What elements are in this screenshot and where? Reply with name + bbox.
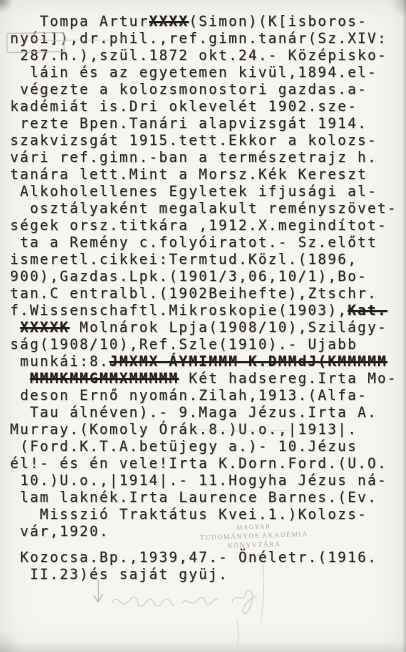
pencil-handwriting (112, 591, 256, 614)
pencil-underline-name-2 (84, 39, 126, 41)
pencil-underline-title (196, 429, 292, 431)
pencil-stray-line (261, 564, 264, 622)
pencil-underline-name (31, 39, 77, 41)
pencil-stray-line-2 (237, 620, 239, 648)
pencil-box-around-nyoi (7, 32, 64, 52)
pencil-arrow-down (94, 580, 103, 602)
pencil-annotations (0, 0, 406, 652)
scanned-card: Tompa ArturXXXX(Simon)(K[isboros-nyói]),… (0, 0, 406, 652)
